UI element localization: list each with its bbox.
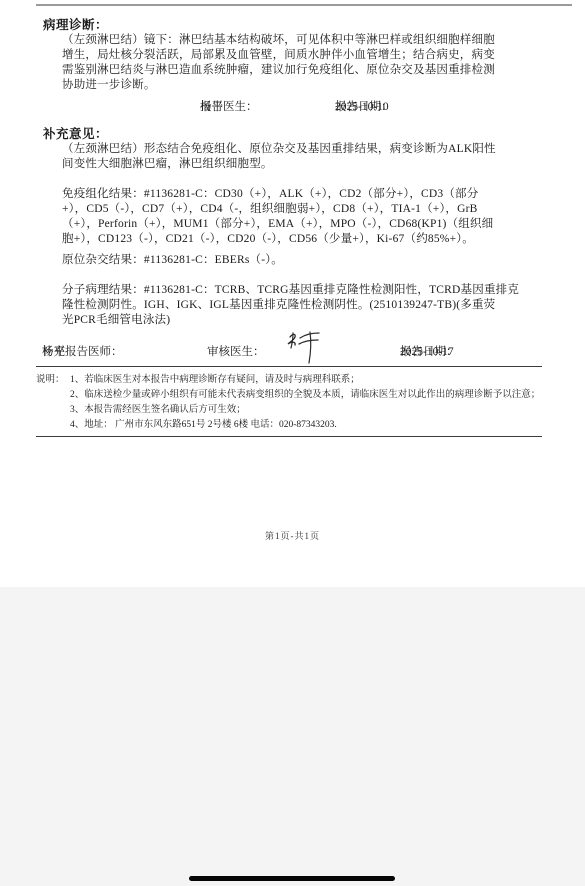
supplement-doctor-name: 杨平 [42,345,65,360]
supplement-signoff-row: 补充报告医师：杨平 审核医生： 报告日期：2025-10-17 [0,345,585,360]
reviewer-label: 审核医生： [207,345,265,360]
supplement-section-heading: 补充意见： [43,127,108,142]
diagnosis-signoff-row: 报告医生：杨平 报告日期：2025-10-10 [0,100,585,115]
note-item-2: 2、临床送检少量或碎小组织有可能未代表病变组织的全貌及本质，请临床医生对以此作出… [70,388,542,403]
in-situ-hybridization-result-text: 原位杂交结果：#1136281-C：EBERs（-）。 [62,253,567,268]
phone-screen: 病理诊断： （左颈淋巴结）镜下：淋巴结基本结构破坏，可见体积中等淋巴样或组织细胞… [0,0,585,886]
notes-list: 1、若临床医生对本报告中病理诊断存有疑问，请及时与病理科联系； 2、临床送检少量… [70,373,542,433]
note-item-3: 3、本报告需经医生签名确认后方可生效； [70,403,542,418]
note-item-1: 1、若临床医生对本报告中病理诊断存有疑问，请及时与病理科联系； [70,373,542,388]
top-divider [36,4,572,6]
page-number: 第1页-共1页 [0,529,585,544]
diagnosis-section-heading: 病理诊断： [43,18,108,33]
supplement-conclusion-text: （左颈淋巴结）形态结合免疫组化、原位杂交及基因重排结果，病变诊断为ALK阳性 间… [62,142,567,172]
notes-label: 说明： [36,373,70,388]
home-indicator-bar[interactable] [189,876,395,881]
pathology-report-page: 病理诊断： （左颈淋巴结）镜下：淋巴结基本结构破坏，可见体积中等淋巴样或组织细胞… [0,0,585,587]
note-item-4: 4、地址： 广州市东风东路651号 2号楼 6楼 电话：020-87343203… [70,418,542,433]
diagnosis-body-text: （左颈淋巴结）镜下：淋巴结基本结构破坏，可见体积中等淋巴样或组织细胞样细胞 增生… [62,33,567,93]
report-doctor-name: 杨平 [200,100,223,115]
notes-box: 说明： 1、若临床医生对本报告中病理诊断存有疑问，请及时与病理科联系； 2、临床… [36,366,542,437]
immunohistochemistry-result-text: 免疫组化结果：#1136281-C：CD30（+），ALK（+），CD2（部分+… [62,187,567,247]
supplement-date-value: 2025-10-17 [400,345,454,360]
molecular-pathology-result-text: 分子病理结果：#1136281-C：TCRB、TCRG基因重排克隆性检测阳性，T… [62,283,567,328]
report-date-value: 2025-10-10 [335,100,389,115]
